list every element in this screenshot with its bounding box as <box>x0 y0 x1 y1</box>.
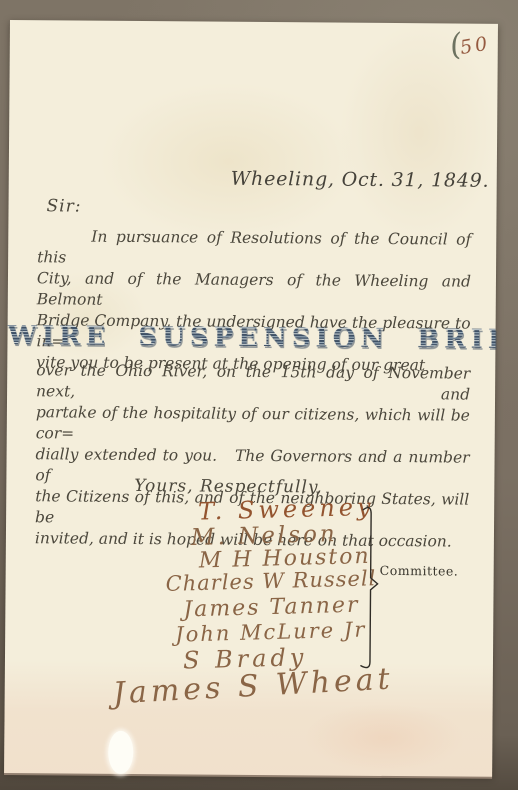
paper-spot <box>108 731 133 774</box>
headline-wire-suspension-bridge: WIRE SUSPENSION BRIDGE, <box>7 321 495 355</box>
signature: T. Sweeney <box>198 493 375 526</box>
paper-stain <box>98 81 359 243</box>
paper-stain <box>304 702 465 773</box>
archival-digits: 50 <box>459 32 492 59</box>
body-line: In pursuance of Resolutions of the Counc… <box>37 226 471 271</box>
salutation: Sir: <box>46 196 81 216</box>
body-line: partake of the hospitality of our citize… <box>36 402 470 447</box>
body-line: over the Ohio River, on the 15th day of … <box>36 360 470 405</box>
signature: James S Wheat <box>112 661 394 711</box>
committee-bracket <box>360 504 383 672</box>
archival-number: (50 <box>447 23 492 64</box>
signature: Charles W Russell <box>165 566 376 596</box>
body-line: City, and of the Managers of the Wheelin… <box>37 268 471 313</box>
dateline: Wheeling, Oct. 31, 1849. <box>231 168 490 192</box>
committee-label: Committee. <box>380 563 459 579</box>
letter-paper: (50 Wheeling, Oct. 31, 1849. Sir: In pur… <box>4 20 498 777</box>
scanned-letter: (50 Wheeling, Oct. 31, 1849. Sir: In pur… <box>0 0 518 790</box>
signature: John McLure Jr <box>175 617 367 646</box>
